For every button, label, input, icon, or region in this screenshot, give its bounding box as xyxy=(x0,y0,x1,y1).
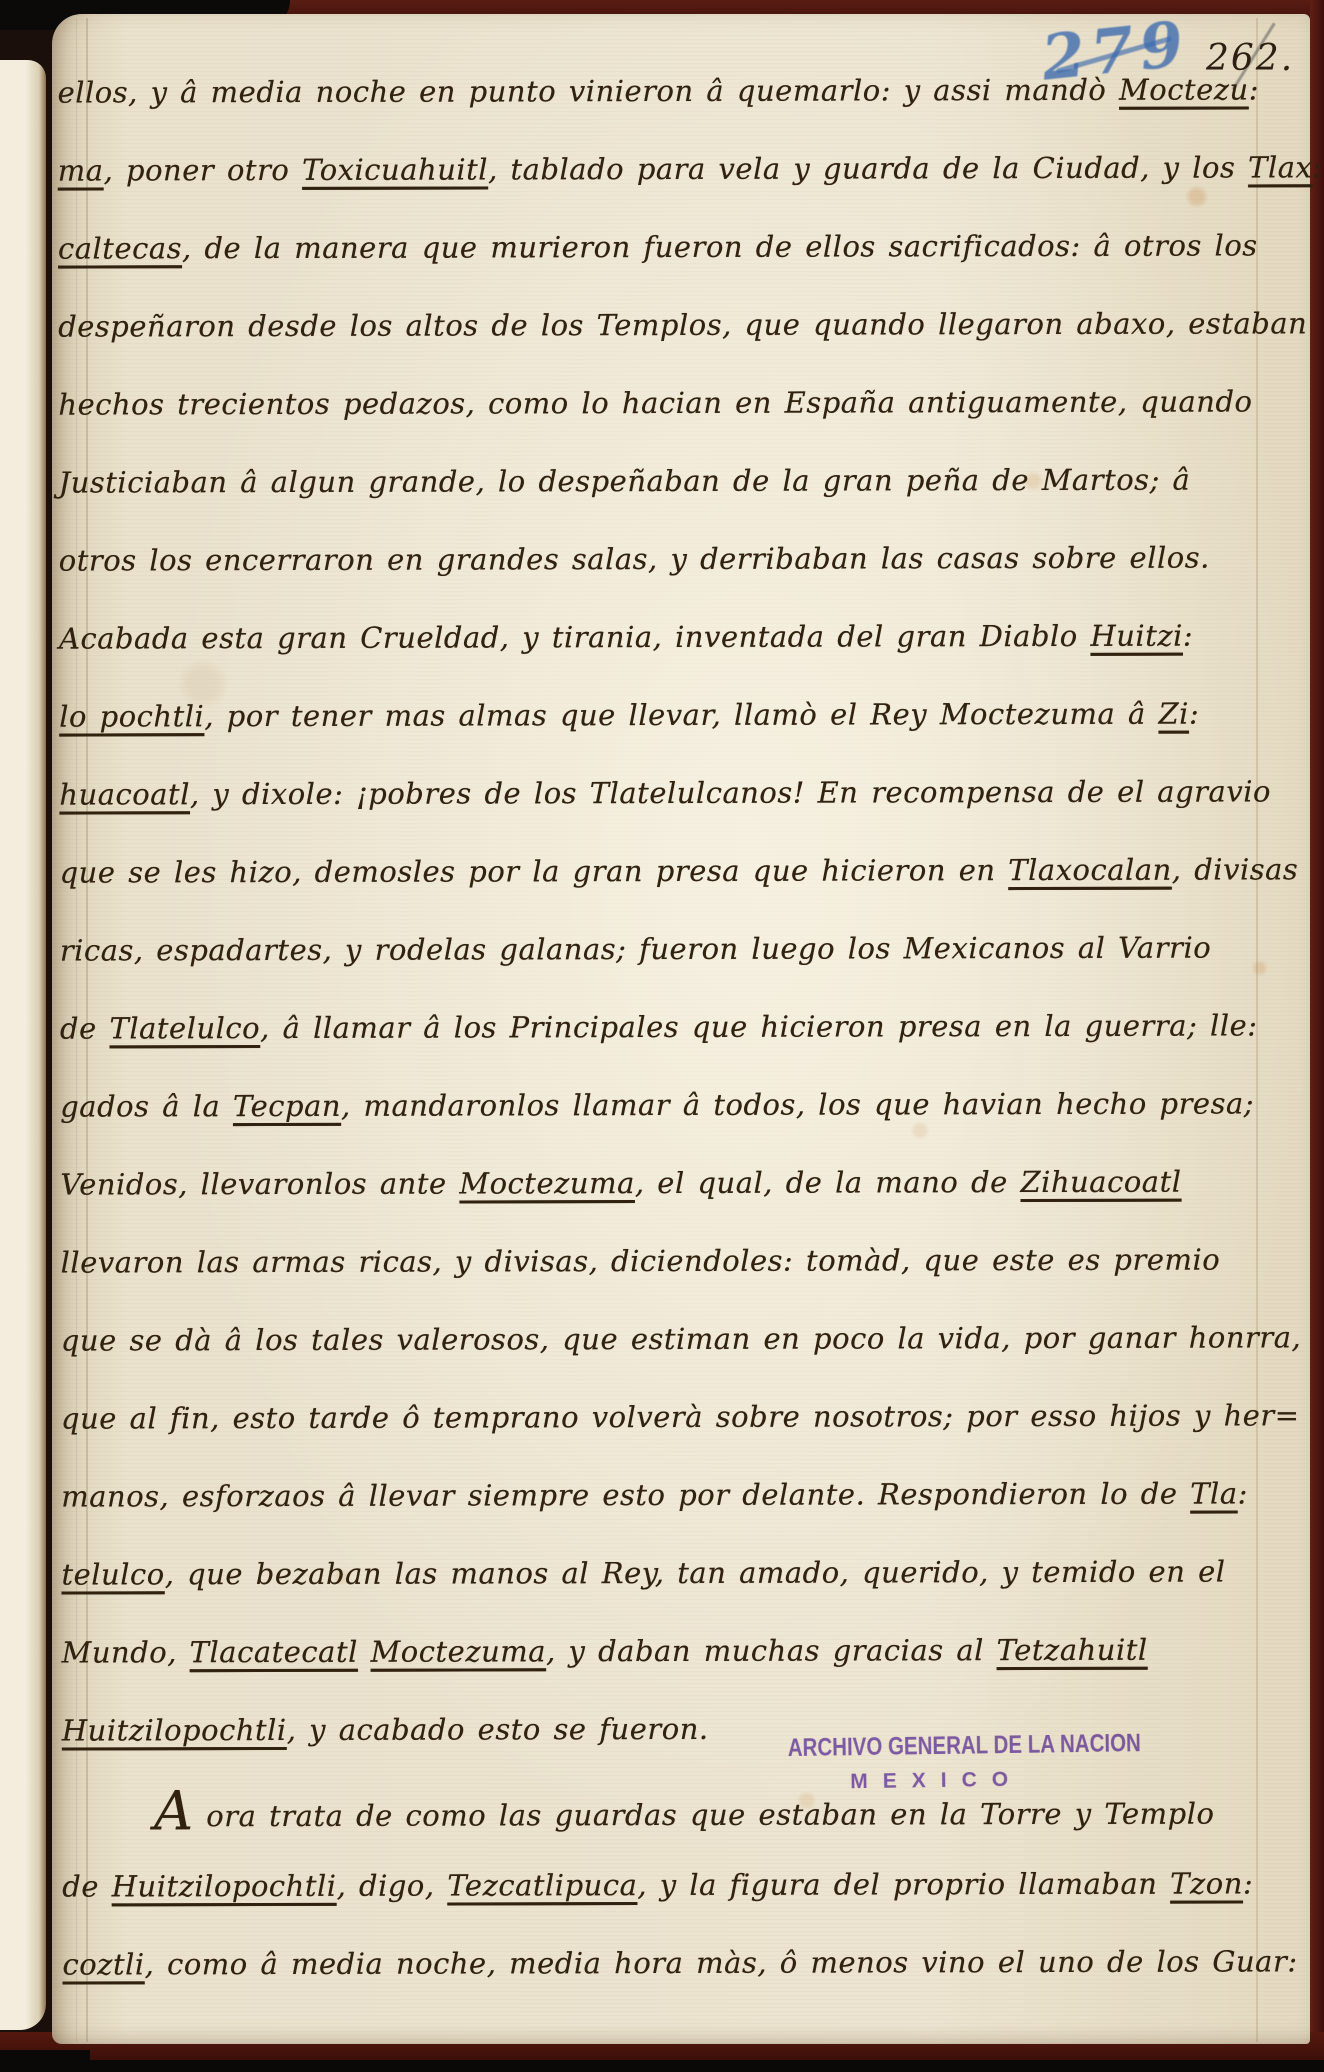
underlined-word: huacoatl xyxy=(59,777,190,811)
text-segment: , â llamar â los Principales que hiciero… xyxy=(260,1008,1258,1045)
underlined-word: Tetzahuitl xyxy=(997,1633,1148,1667)
text-segment: : xyxy=(1238,1476,1248,1510)
underlined-word: caltecas xyxy=(58,231,182,265)
text-segment: : xyxy=(1189,697,1199,731)
manuscript-line: otros los encerraron en grandes salas, y… xyxy=(59,518,1253,599)
text-segment: , y dixole: ¡pobres de los Tlatelulcanos… xyxy=(190,774,1271,811)
manuscript-line: caltecas, de la manera que murieron fuer… xyxy=(58,206,1252,287)
text-segment: otros los encerraron en grandes salas, y… xyxy=(59,541,1210,578)
text-segment: : xyxy=(1243,1866,1253,1900)
text-segment: Acabada esta gran Crueldad, y tirania, i… xyxy=(59,619,1091,656)
text-segment: : xyxy=(1183,619,1193,653)
text-segment: , y acabado esto se fueron. xyxy=(287,1712,709,1747)
underlined-word: Tlaxocalan xyxy=(1008,853,1172,887)
manuscript-line: de Huitzilopochtli, digo, Tezcatlipuca, … xyxy=(62,1844,1256,1925)
manuscript-line: que al fin, esto tarde ô temprano volver… xyxy=(61,1376,1255,1457)
text-segment: , por tener mas almas que llevar, llamò … xyxy=(204,697,1158,733)
underlined-word: Toxicuahuitl xyxy=(302,152,488,186)
manuscript-line: huacoatl, y dixole: ¡pobres de los Tlate… xyxy=(59,752,1253,833)
text-segment: ricas, espadartes, y rodelas galanas; fu… xyxy=(60,931,1211,968)
text-segment: , divisas xyxy=(1172,852,1299,886)
text-segment: manos, esforzaos â llevar siempre esto p… xyxy=(61,1477,1190,1514)
manuscript-line: llevaron las armas ricas, y divisas, dic… xyxy=(61,1220,1255,1301)
underlined-word: lo pochtli xyxy=(59,699,204,733)
underlined-word: Huitzi xyxy=(1090,619,1183,653)
underlined-word: coztli xyxy=(62,1947,144,1981)
manuscript-line: telulco, que bezaban las manos al Rey, t… xyxy=(61,1532,1255,1613)
text-segment: A xyxy=(154,1779,194,1842)
scan-bottom-left-corner xyxy=(0,2050,90,2072)
underlined-word: Tlax xyxy=(1248,150,1312,184)
manuscript-line: ellos, y â media noche en punto vinieron… xyxy=(57,50,1251,131)
text-segment: despeñaron desde los altos de los Templo… xyxy=(58,306,1307,343)
text-segment: , y daban muchas gracias al xyxy=(546,1633,997,1668)
text-segment: : xyxy=(1312,150,1322,184)
underlined-word: Tlacatecatl xyxy=(190,1635,358,1669)
underlined-word: Huitzilopochtli xyxy=(112,1869,337,1904)
text-segment: : xyxy=(1249,72,1259,106)
archive-stamp: ARCHIVO GENERAL DE LA NACION MEXICO xyxy=(788,1730,1089,1795)
underlined-word: Zi xyxy=(1158,697,1189,731)
text-segment: , el qual, de la mano de xyxy=(635,1165,1021,1200)
underlined-word: Tecpan xyxy=(233,1089,341,1123)
text-segment: , digo, xyxy=(336,1869,447,1903)
manuscript-line: Acabada esta gran Crueldad, y tirania, i… xyxy=(59,596,1253,677)
scan-bottom-bar xyxy=(0,2060,1324,2072)
underlined-word: Huitzilopochtli xyxy=(62,1713,287,1748)
text-segment: que al fin, esto tarde ô temprano volver… xyxy=(61,1398,1300,1435)
manuscript-line: coztli, como â media noche, media hora m… xyxy=(62,1922,1256,2003)
manuscript-line: Mundo, Tlacatecatl Moctezuma, y daban mu… xyxy=(62,1610,1256,1691)
underlined-word: Zihuacoatl xyxy=(1020,1165,1181,1199)
underlined-word: telulco xyxy=(61,1557,164,1591)
binding-right-edge xyxy=(1310,0,1324,2072)
text-segment: , que bezaban las manos al Rey, tan amad… xyxy=(165,1555,1226,1592)
manuscript-line: hechos trecientos pedazos, como lo hacia… xyxy=(58,362,1252,443)
stamp-line1: ARCHIVO GENERAL DE LA NACION xyxy=(788,1731,1034,1763)
manuscript-line: que se dà â los tales valerosos, que est… xyxy=(61,1298,1255,1379)
text-segment: , poner otro xyxy=(104,153,303,188)
text-segment: , y la figura del proprio llamaban xyxy=(637,1867,1170,1902)
underlined-word: ma xyxy=(58,153,104,187)
manuscript-line: que se les hizo, demosles por la gran pr… xyxy=(59,830,1253,911)
manuscript-line: lo pochtli, por tener mas almas que llev… xyxy=(59,674,1253,755)
text-segment: de xyxy=(62,1869,112,1903)
manuscript-line: Justiciaban â algun grande, lo despeñaba… xyxy=(58,440,1252,521)
manuscript-line: ricas, espadartes, y rodelas galanas; fu… xyxy=(60,908,1254,989)
underlined-word: Tlatelulco xyxy=(109,1011,260,1045)
underlying-page-edge xyxy=(0,60,46,2030)
manuscript-line: despeñaron desde los altos de los Templo… xyxy=(58,284,1252,365)
underlined-word: Moctezu xyxy=(1119,72,1249,106)
text-segment: ellos, y â media noche en punto vinieron… xyxy=(58,73,1120,110)
text-segment: , como â media noche, media hora màs, ô … xyxy=(145,1944,1298,1981)
text-segment: , mandaronlos llamar â todos, los que ha… xyxy=(341,1086,1254,1122)
manuscript-line: Venidos, llevaronlos ante Moctezuma, el … xyxy=(60,1142,1254,1223)
manuscript-line: manos, esforzaos â llevar siempre esto p… xyxy=(61,1454,1255,1535)
text-block: ellos, y â media noche en punto vinieron… xyxy=(57,50,1256,2003)
text-segment: llevaron las armas ricas, y divisas, dic… xyxy=(61,1243,1221,1280)
text-segment: ora trata de como las guardas que estaba… xyxy=(194,1797,1215,1834)
underlined-word: Moctezuma xyxy=(371,1634,547,1668)
text-segment: que se les hizo, demosles por la gran pr… xyxy=(60,853,1009,889)
text-segment: gados â la xyxy=(60,1089,233,1123)
manuscript-line: ma, poner otro Toxicuahuitl, tablado par… xyxy=(58,128,1252,209)
stamp-line2: MEXICO xyxy=(850,1767,1088,1794)
underlined-word: Tla xyxy=(1190,1476,1238,1510)
underlined-word: Moctezuma xyxy=(459,1166,635,1200)
text-segment: , de la manera que murieron fueron de el… xyxy=(182,228,1258,265)
text-segment xyxy=(358,1635,371,1669)
underlined-word: Tzon xyxy=(1170,1866,1243,1900)
manuscript-line: gados â la Tecpan, mandaronlos llamar â … xyxy=(60,1064,1254,1145)
text-segment: Justiciaban â algun grande, lo despeñaba… xyxy=(59,463,1191,500)
text-segment: hechos trecientos pedazos, como lo hacia… xyxy=(58,384,1252,421)
underlined-word: Tezcatlipuca xyxy=(447,1868,637,1902)
manuscript-page: 279 262. ellos, y â media noche en punto… xyxy=(0,0,1324,2072)
text-segment: Venidos, llevaronlos ante xyxy=(60,1167,459,1202)
text-segment: Mundo, xyxy=(62,1635,190,1669)
text-segment: , tablado para vela y guarda de la Ciuda… xyxy=(488,150,1248,186)
manuscript-line: de Tlatelulco, â llamar â los Principale… xyxy=(60,986,1254,1067)
text-segment: de xyxy=(60,1011,110,1045)
text-segment: que se dà â los tales valerosos, que est… xyxy=(61,1320,1302,1357)
